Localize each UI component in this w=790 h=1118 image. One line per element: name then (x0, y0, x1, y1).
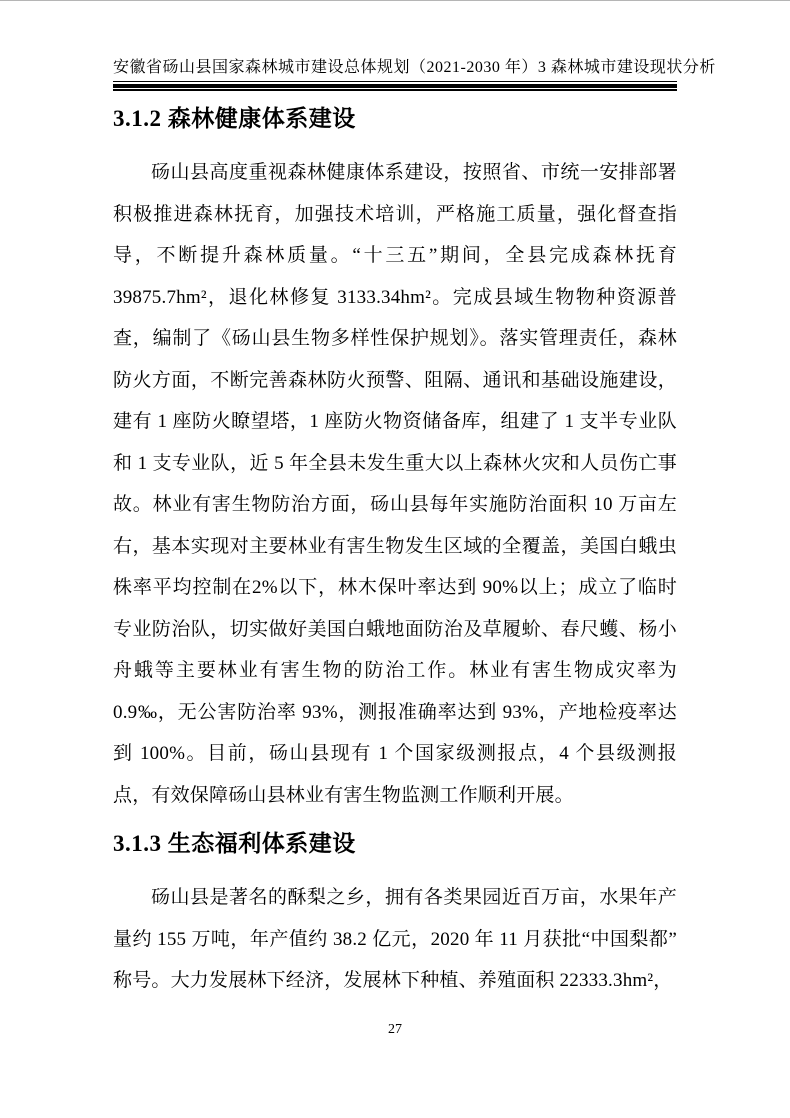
header-left-title: 安徽省砀山县国家森林城市建设总体规划（2021-2030 年） (113, 58, 538, 78)
header-rule-thick (113, 84, 677, 88)
header-rule-thin (113, 89, 677, 91)
page-header: 安徽省砀山县国家森林城市建设总体规划（2021-2030 年） 3 森林城市建设… (113, 58, 677, 82)
section-3-1-2-paragraph: 砀山县高度重视森林健康体系建设，按照省、市统一安排部署积极推进森林抚育，加强技术… (113, 152, 677, 816)
document-page: 安徽省砀山县国家森林城市建设总体规划（2021-2030 年） 3 森林城市建设… (0, 0, 790, 1118)
page-number: 27 (0, 1021, 790, 1039)
header-right-chapter: 3 森林城市建设现状分析 (538, 58, 716, 78)
section-3-1-3-paragraph: 砀山县是著名的酥梨之乡，拥有各类果园近百万亩，水果年产量约 155 万吨，年产值… (113, 877, 677, 1002)
section-heading-3-1-3: 3.1.3 生态福利体系建设 (113, 829, 677, 858)
section-heading-3-1-2: 3.1.2 森林健康体系建设 (113, 104, 677, 133)
